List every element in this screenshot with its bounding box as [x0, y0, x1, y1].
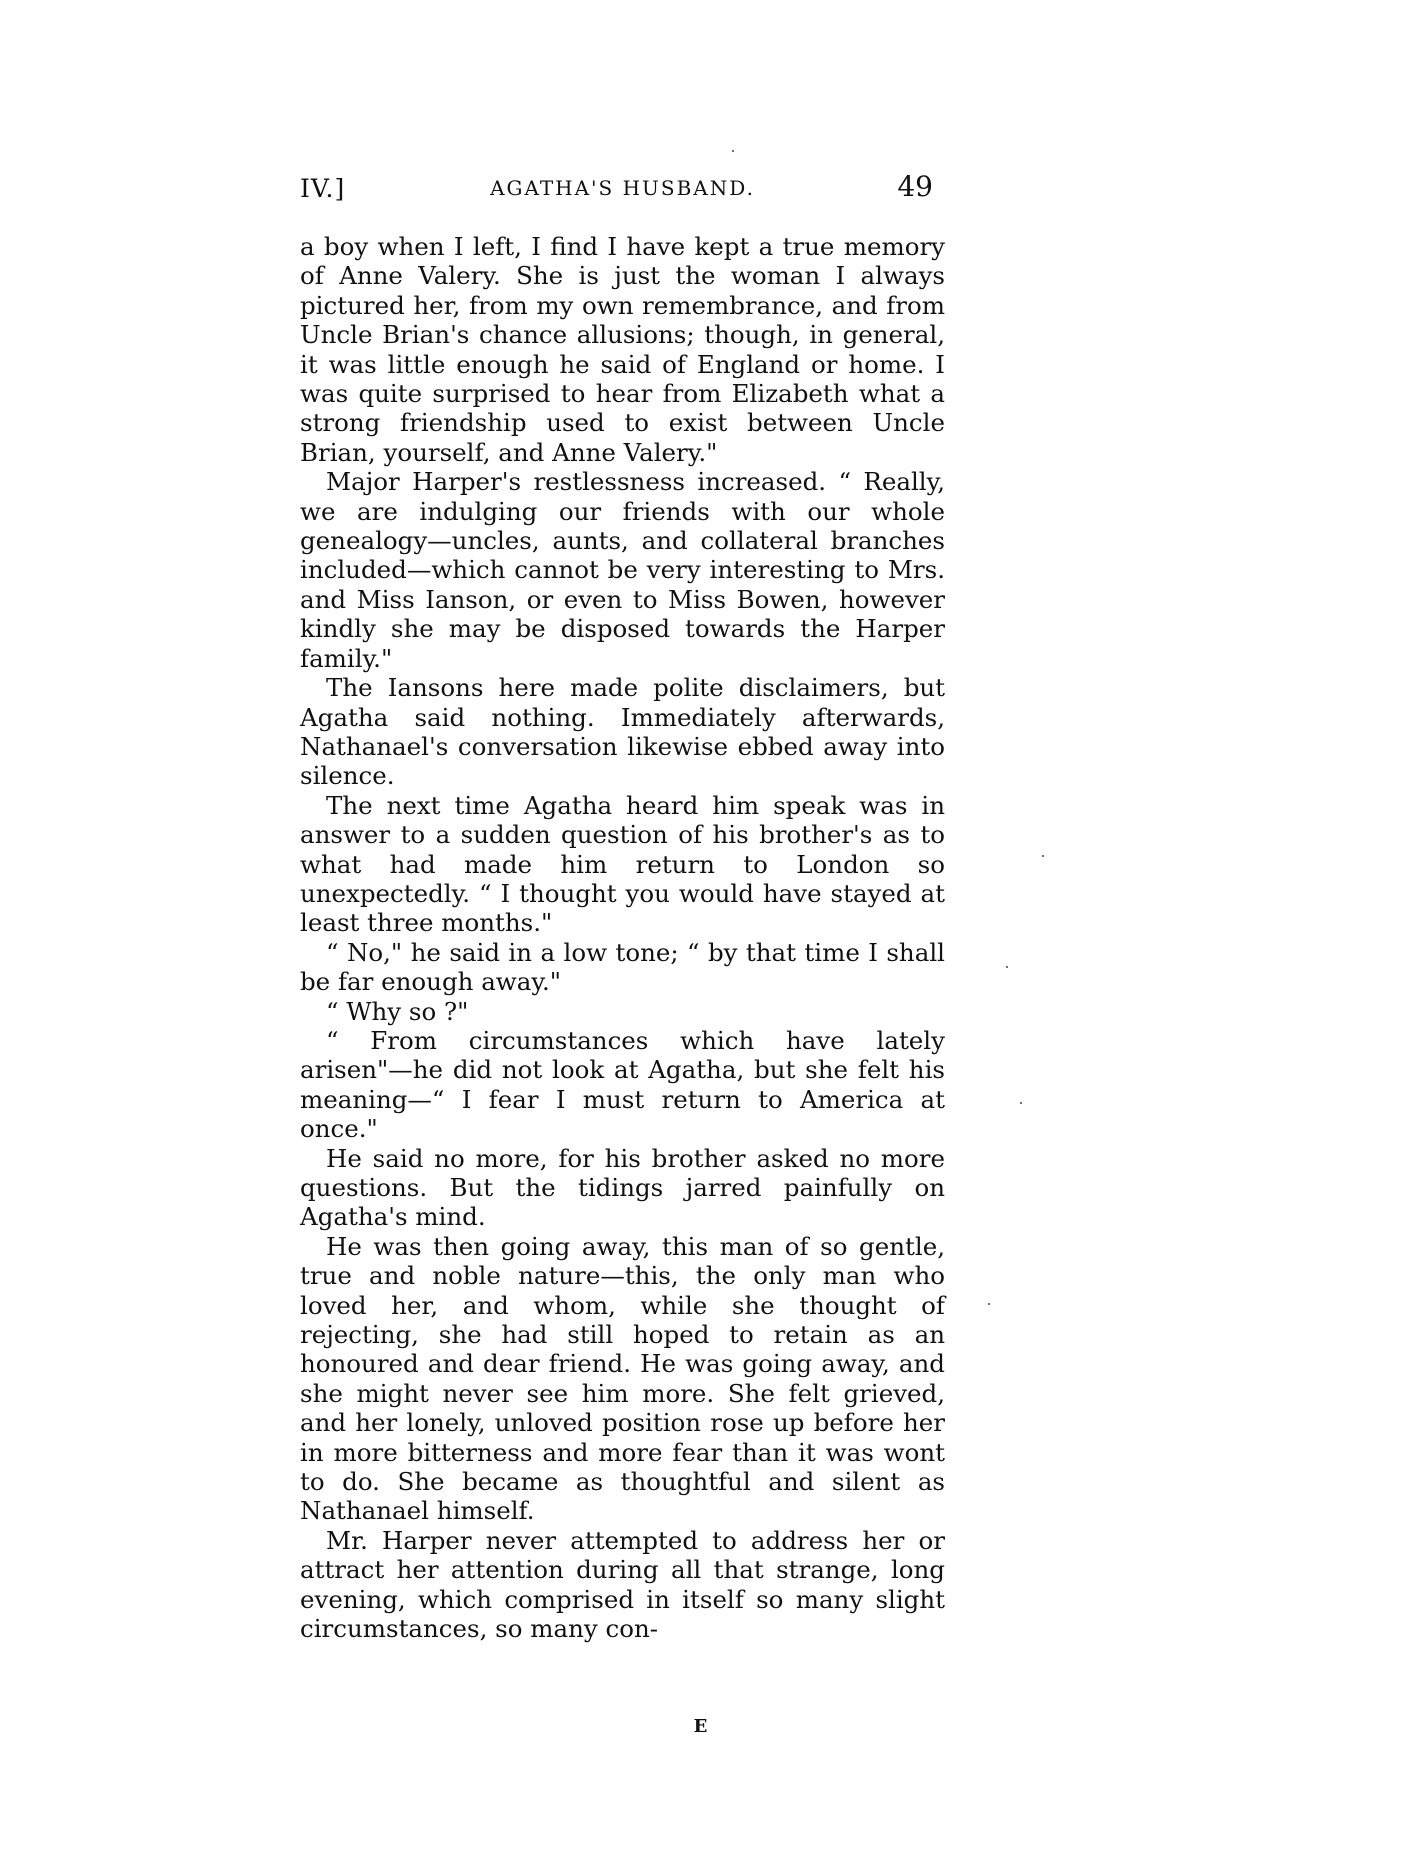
- scan-speck: [732, 150, 734, 152]
- running-title: AGATHA'S HUSBAND.: [300, 176, 945, 200]
- paragraph: He was then going away, this man of so g…: [300, 1232, 945, 1526]
- paragraph: a boy when I left, I find I have kept a …: [300, 232, 945, 467]
- scan-speck: [988, 1303, 990, 1305]
- paragraph: “ From circumstances which have lately a…: [300, 1026, 945, 1144]
- scan-speck: [1020, 1102, 1022, 1104]
- paragraph: “ No," he said in a low tone; “ by that …: [300, 938, 945, 997]
- page-number: 49: [897, 170, 933, 203]
- body-text: a boy when I left, I find I have kept a …: [300, 232, 945, 1644]
- paragraph: He said no more, for his brother asked n…: [300, 1144, 945, 1232]
- paragraph: The next time Agatha heard him speak was…: [300, 791, 945, 938]
- paragraph: Mr. Harper never attempted to address he…: [300, 1526, 945, 1644]
- paragraph: Major Harper's restlessness increased. “…: [300, 467, 945, 673]
- book-page: IV.] AGATHA'S HUSBAND. 49 a boy when I l…: [300, 170, 945, 1644]
- running-header: IV.] AGATHA'S HUSBAND. 49: [300, 170, 945, 210]
- paragraph: “ Why so ?": [300, 997, 945, 1026]
- paragraph: The Iansons here made polite disclaimers…: [300, 673, 945, 791]
- scan-speck: [1042, 855, 1044, 857]
- signature-mark: E: [0, 1716, 1401, 1737]
- scan-speck: [1006, 966, 1008, 968]
